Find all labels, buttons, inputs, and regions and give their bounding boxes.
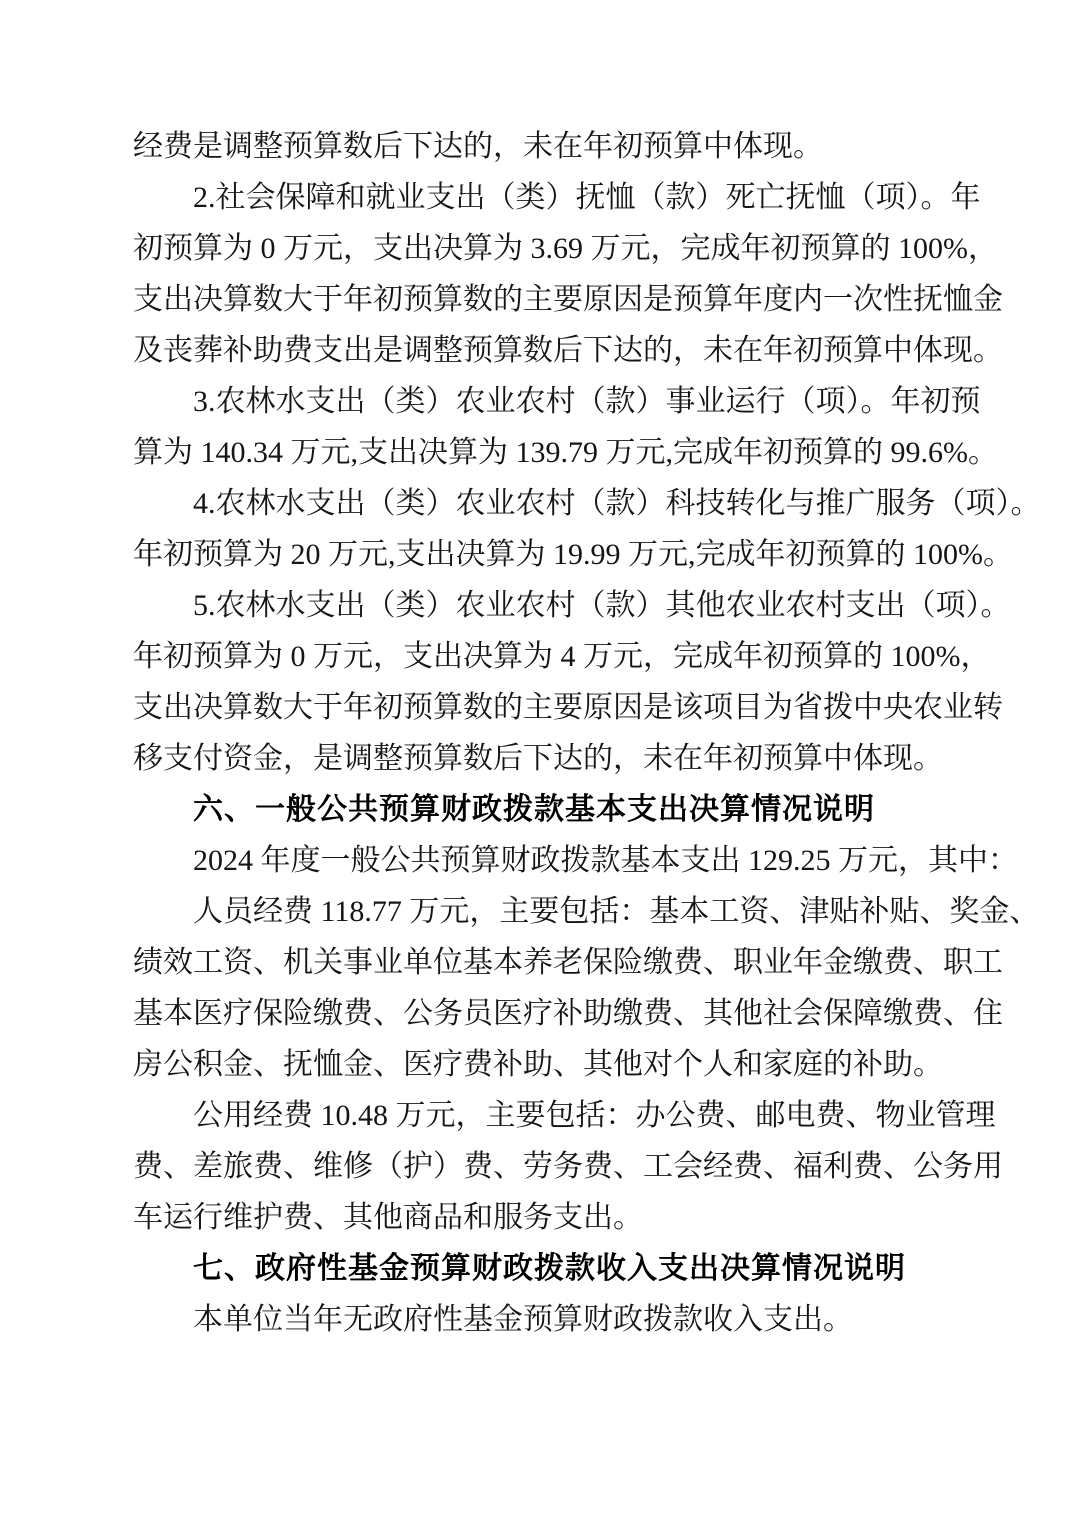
text-line: 年初预算为 0 万元，支出决算为 4 万元，完成年初预算的 100%，: [133, 631, 975, 682]
document-page: 经费是调整预算数后下达的，未在年初预算中体现。 2.社会保障和就业支出（类）抚恤…: [0, 0, 1074, 1520]
text-line: 算为 140.34 万元,支出决算为 139.79 万元,完成年初预算的 99.…: [133, 427, 975, 478]
document-body: 经费是调整预算数后下达的，未在年初预算中体现。 2.社会保障和就业支出（类）抚恤…: [133, 121, 975, 1345]
section-heading-six: 六、一般公共预算财政拨款基本支出决算情况说明: [133, 784, 975, 835]
text-line: 年初预算为 20 万元,支出决算为 19.99 万元,完成年初预算的 100%。: [133, 529, 975, 580]
text-line: 费、差旅费、维修（护）费、劳务费、工会经费、福利费、公务用: [133, 1141, 975, 1192]
text-line-item-5: 5.农林水支出（类）农业农村（款）其他农业农村支出（项）。: [133, 580, 975, 631]
text-line: 2024 年度一般公共预算财政拨款基本支出 129.25 万元，其中：: [133, 835, 975, 886]
section-heading-seven: 七、政府性基金预算财政拨款收入支出决算情况说明: [133, 1243, 975, 1294]
text-line: 本单位当年无政府性基金预算财政拨款收入支出。: [133, 1294, 975, 1345]
text-line: 人员经费 118.77 万元，主要包括：基本工资、津贴补贴、奖金、: [133, 886, 975, 937]
text-line-item-3: 3.农林水支出（类）农业农村（款）事业运行（项）。年初预: [133, 376, 975, 427]
text-line: 支出决算数大于年初预算数的主要原因是该项目为省拨中央农业转: [133, 682, 975, 733]
text-line: 公用经费 10.48 万元，主要包括：办公费、邮电费、物业管理: [133, 1090, 975, 1141]
text-line: 基本医疗保险缴费、公务员医疗补助缴费、其他社会保障缴费、住: [133, 988, 975, 1039]
text-line: 绩效工资、机关事业单位基本养老保险缴费、职业年金缴费、职工: [133, 937, 975, 988]
text-line: 支出决算数大于年初预算数的主要原因是预算年度内一次性抚恤金: [133, 274, 975, 325]
text-line-item-4: 4.农林水支出（类）农业农村（款）科技转化与推广服务（项）。: [133, 478, 975, 529]
text-line: 车运行维护费、其他商品和服务支出。: [133, 1192, 975, 1243]
text-line: 移支付资金，是调整预算数后下达的，未在年初预算中体现。: [133, 733, 975, 784]
text-line: 及丧葬补助费支出是调整预算数后下达的，未在年初预算中体现。: [133, 325, 975, 376]
text-line: 经费是调整预算数后下达的，未在年初预算中体现。: [133, 121, 975, 172]
text-line-item-2: 2.社会保障和就业支出（类）抚恤（款）死亡抚恤（项）。年: [133, 172, 975, 223]
text-line: 初预算为 0 万元，支出决算为 3.69 万元，完成年初预算的 100%，: [133, 223, 975, 274]
text-line: 房公积金、抚恤金、医疗费补助、其他对个人和家庭的补助。: [133, 1039, 975, 1090]
